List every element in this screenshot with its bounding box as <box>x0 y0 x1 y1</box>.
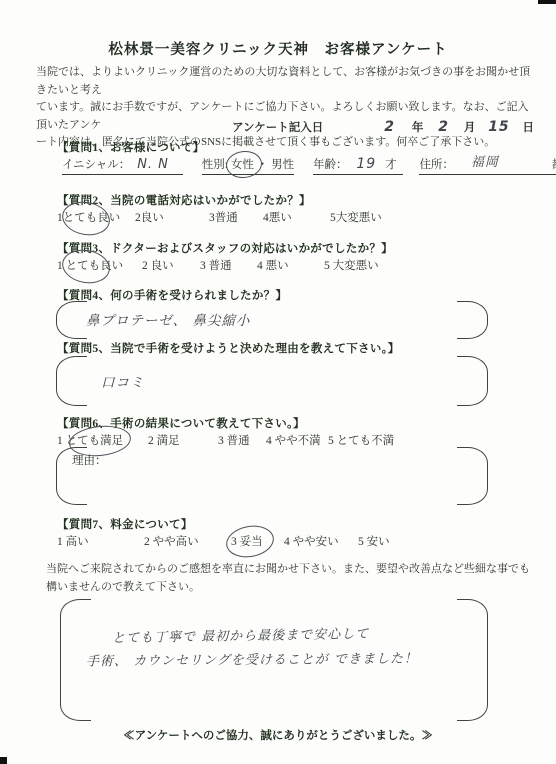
q6-reason-box: 理由： <box>56 447 488 505</box>
q3-option-5: 5 大変悪い <box>324 257 379 273</box>
q4-answer-box: 鼻プロテーゼ、 鼻尖縮小 <box>56 301 488 339</box>
q7-option-1: 1 高い <box>57 533 89 549</box>
gender-option-male: 男性 <box>271 159 294 171</box>
scan-artifact-bottom-left <box>0 757 7 764</box>
q2-option-2: 2良い <box>135 209 164 225</box>
q6-reason-label: 理由： <box>72 452 107 468</box>
q2-option-4: 4悪い <box>263 209 292 225</box>
feedback-prompt-line-2: 構いませんので教えて下さい。 <box>46 578 538 596</box>
q6-option-5: 5 とても不満 <box>328 432 394 448</box>
scan-artifact-top-right <box>538 0 556 4</box>
gender-separator: ・ <box>257 159 269 171</box>
q6-option-2: 2 満足 <box>148 432 180 448</box>
q4-answer-handwritten: 鼻プロテーゼ、 鼻尖縮小 <box>86 309 250 329</box>
q6-options-row: 1 とても満足 2 満足 3 普通 4 やや不満 5 とても不満 <box>57 432 517 448</box>
date-month-handwritten: 2 <box>438 119 449 135</box>
date-day-handwritten: 15 <box>488 119 509 135</box>
age-field: 年齢： 19 才 <box>313 156 403 175</box>
prefecture-suffix: 都道府県 <box>524 159 556 171</box>
date-year-unit: 年 <box>412 122 424 134</box>
initial-field: イニシャル： N. N <box>62 156 183 175</box>
q6-option-4: 4 やや不満 <box>266 432 321 448</box>
scanned-survey-page: 松林景一美容クリニック天神 お客様アンケート 当院では、よりよいクリニック運営の… <box>0 0 556 764</box>
date-label: アンケート記入日 <box>232 122 323 134</box>
q2-option-5: 5大変悪い <box>330 209 382 225</box>
address-label: 住所： <box>419 159 454 171</box>
gender-label: 性別: <box>202 159 228 171</box>
q6-option-1: 1 とても満足 <box>57 432 123 448</box>
q6-heading: 【質問6、手術の結果について教えて下さい。】 <box>57 415 305 431</box>
q2-heading: 【質問2、当院の電話対応はいかがでしたか？】 <box>57 192 311 208</box>
q7-option-3: 3 妥当 <box>231 533 263 549</box>
q5-answer-box: 口コミ <box>56 356 488 406</box>
q3-heading: 【質問3、ドクターおよびスタッフの対応はいかがでしたか？】 <box>57 240 393 256</box>
q5-heading: 【質問5、当院で手術を受けようと決めた理由を教えて下さい。】 <box>57 340 400 356</box>
q1-fields-row: イニシャル： N. N 性別: 女性 ・ 男性 年齢： 19 才 住所： 福岡 … <box>62 153 556 175</box>
q3-option-3: 3 普通 <box>200 257 232 273</box>
age-label: 年齢： <box>313 159 348 171</box>
feedback-answer-line-2: 手術、 カウンセリングを受けることが できました！ <box>86 648 418 670</box>
initial-label: イニシャル： <box>62 159 130 171</box>
q2-option-1: 1とても良い <box>57 209 120 225</box>
date-month-unit: 月 <box>464 122 476 134</box>
date-day-unit: 日 <box>523 122 535 134</box>
q2-option-3: 3普通 <box>209 209 238 225</box>
feedback-prompt: 当院へご来院されてからのご感想を率直にお聞かせ下さい。また、要望や改善点など些細… <box>46 560 538 596</box>
q7-option-2: 2 やや高い <box>144 533 199 549</box>
feedback-prompt-line-1: 当院へご来院されてからのご感想を率直にお聞かせ下さい。また、要望や改善点など些細… <box>46 560 538 578</box>
prefecture-prefix: 都道府 <box>552 159 556 171</box>
date-year-handwritten: 2 <box>384 119 395 135</box>
feedback-answer-box: とても丁寧で 最初から最後まで安心して 手術、 カウンセリングを受けることが で… <box>60 599 488 721</box>
q7-options-row: 1 高い 2 やや高い 3 妥当 4 やや安い 5 安い <box>57 533 517 549</box>
q3-options-row: 1 とても良い 2 良い 3 普通 4 悪い 5 大変悪い <box>57 257 497 273</box>
age-value-handwritten: 19 <box>350 156 382 172</box>
thanks-note: ≪アンケートへのご協力、誠にありがとうございました。≫ <box>0 727 556 743</box>
initial-value-handwritten: N. N <box>133 157 169 172</box>
q5-answer-handwritten: 口コミ <box>101 371 145 391</box>
q2-options-row: 1とても良い 2良い 3普通 4悪い 5大変悪い <box>57 209 497 225</box>
q3-option-1: 1 とても良い <box>57 257 123 273</box>
q7-heading: 【質問7、料金について】 <box>57 516 193 532</box>
q3-option-4: 4 悪い <box>257 257 289 273</box>
page-title: 松林景一美容クリニック天神 お客様アンケート <box>0 38 556 59</box>
q6-option-3: 3 普通 <box>218 432 250 448</box>
date-row: アンケート記入日 2 年 2 月 15 日 <box>232 119 534 135</box>
q7-option-5: 5 安い <box>358 533 390 549</box>
gender-field: 性別: 女性 ・ 男性 <box>202 156 294 175</box>
feedback-answer-line-1: とても丁寧で 最初から最後まで安心して <box>112 623 369 646</box>
age-unit: 才 <box>385 159 397 171</box>
intro-line-1: 当院では、よりよいクリニック運営のための大切な資料として、お客様がお気づきの事を… <box>36 64 536 99</box>
address-value-handwritten: 福岡 <box>457 155 521 170</box>
q7-option-4: 4 やや安い <box>284 533 339 549</box>
gender-option-female: 女性 <box>231 156 254 172</box>
address-field: 住所： 福岡 都道府県 <box>419 153 556 175</box>
q3-option-2: 2 良い <box>142 257 174 273</box>
